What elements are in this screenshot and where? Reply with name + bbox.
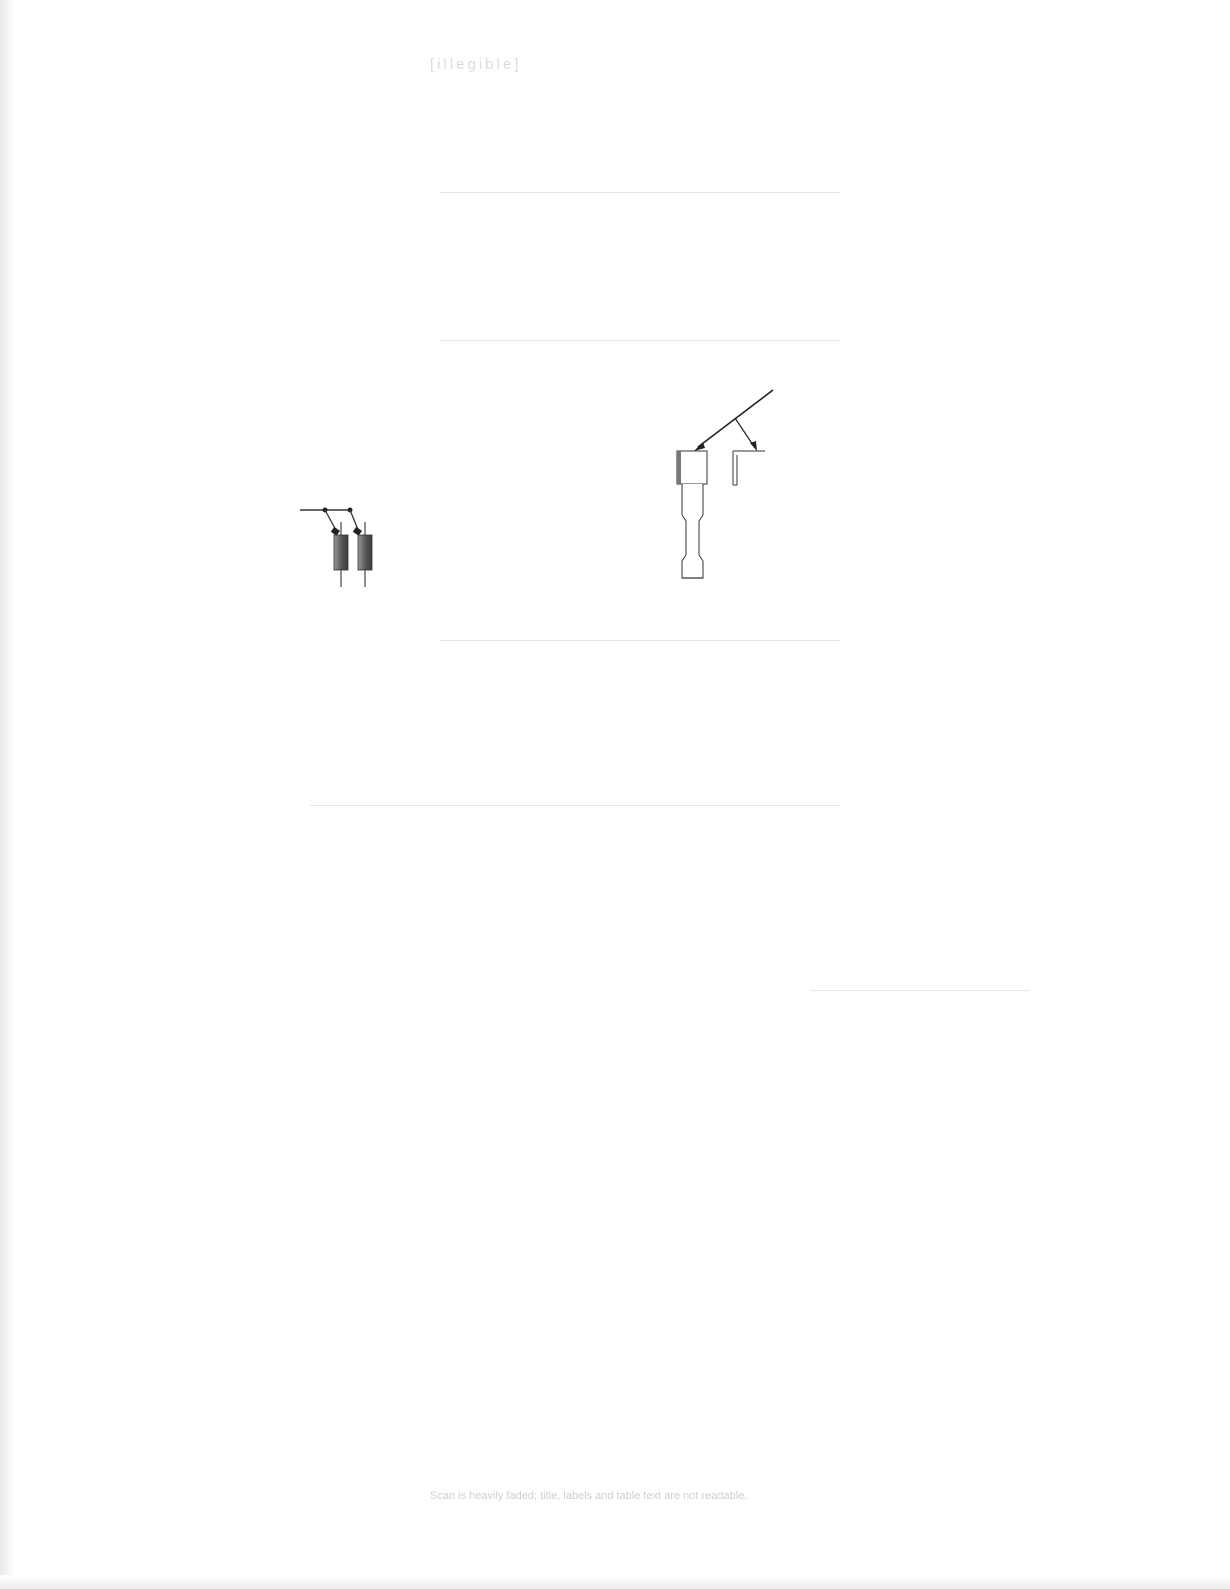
legibility-note: Scan is heavily faded; title, labels and… — [430, 1490, 747, 1502]
table-rule — [310, 805, 840, 806]
table-rule — [440, 340, 840, 341]
table-rule — [440, 640, 840, 641]
figure-stacked-component — [670, 385, 780, 585]
scan-edge — [0, 1575, 1230, 1589]
scan-edge — [0, 0, 14, 1589]
page-title: [illegible] — [430, 56, 521, 73]
table-rule — [810, 990, 1030, 991]
table-rule — [440, 192, 840, 193]
figure-paired-cylinders — [295, 495, 395, 590]
